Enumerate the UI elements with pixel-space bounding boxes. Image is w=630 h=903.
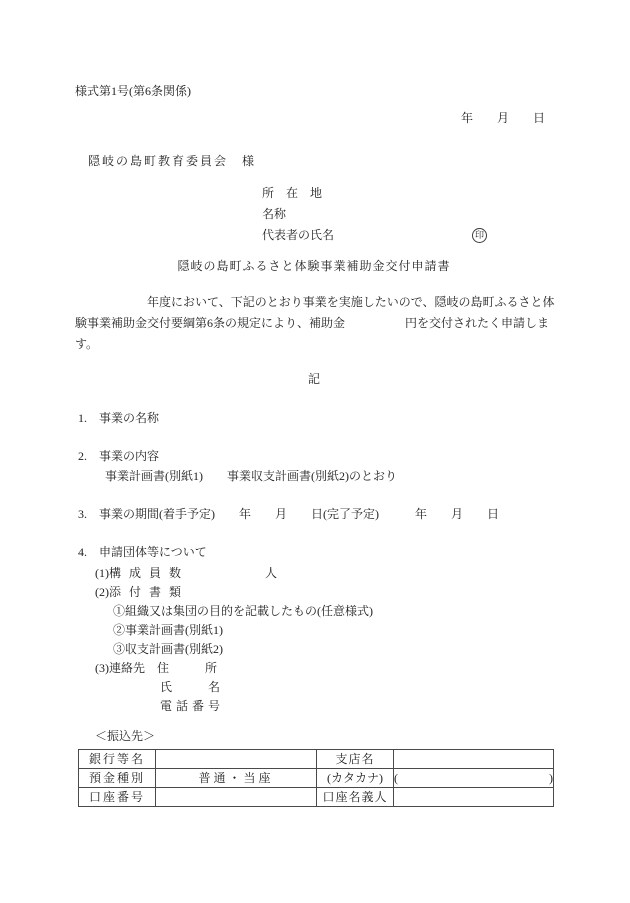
table-row-account-number: 口座番号 口座名義人 bbox=[79, 788, 554, 807]
applicant-representative-label: 代表者の氏名 bbox=[262, 225, 553, 246]
bank-name-value bbox=[156, 750, 317, 769]
account-number-value bbox=[156, 788, 317, 807]
form-number: 様式第1号(第6条関係) bbox=[75, 82, 553, 101]
contact-name-label: 氏名 bbox=[75, 678, 553, 697]
account-number-label: 口座番号 bbox=[79, 788, 156, 807]
bank-name-label: 銀行等名 bbox=[79, 750, 156, 769]
transfer-destination-table: 銀行等名 支店名 預金種別 普通・当座 (カタカナ) () 口座番号 口座名義人 bbox=[78, 749, 554, 807]
item-4-2-attached-docs: (2)添付書類 bbox=[75, 583, 553, 602]
body-line-2: 験事業補助金交付要綱第6条の規定により、補助金 円を交付されたく申請しま bbox=[75, 313, 553, 334]
katakana-value: () bbox=[394, 769, 554, 788]
attachment-3: ③収支計画書(別紙2) bbox=[75, 640, 553, 659]
item-4-sub-items: (1)構成員数 人 (2)添付書類 ①組織又は集団の目的を記載したもの(任意様式… bbox=[75, 564, 553, 716]
account-type-value: 普通・当座 bbox=[156, 769, 317, 788]
branch-name-value bbox=[394, 750, 554, 769]
applicant-name-label: 名称 bbox=[262, 204, 553, 225]
addressee-line: 隠岐の島町教育委員会 様 bbox=[75, 152, 553, 171]
seal-mark-icon: 印 bbox=[472, 228, 487, 243]
members-unit: 人 bbox=[181, 566, 277, 580]
body-line-1: 年度において、下記のとおり事業を実施したいので、隠岐の島町ふるさと体 bbox=[75, 292, 553, 313]
table-row-bank: 銀行等名 支店名 bbox=[79, 750, 554, 769]
branch-name-label: 支店名 bbox=[317, 750, 394, 769]
document-title: 隠岐の島町ふるさと体験事業補助金交付申請書 bbox=[75, 257, 553, 276]
attachment-2: ②事業計画書(別紙1) bbox=[75, 621, 553, 640]
body-paragraph: 年度において、下記のとおり事業を実施したいので、隠岐の島町ふるさと体 験事業補助… bbox=[75, 292, 553, 355]
section-marker-ki: 記 bbox=[75, 370, 553, 389]
item-1-business-name: 1. 事業の名称 bbox=[75, 409, 553, 428]
account-type-label: 預金種別 bbox=[79, 769, 156, 788]
table-row-account-type: 預金種別 普通・当座 (カタカナ) () bbox=[79, 769, 554, 788]
date-line: 年 月 日 bbox=[75, 109, 553, 128]
item-3-business-period: 3. 事業の期間(着手予定) 年 月 日(完了予定) 年 月 日 bbox=[75, 505, 553, 524]
item-4-3-contact-address: (3)連絡先 住所 bbox=[75, 659, 553, 678]
account-holder-label: 口座名義人 bbox=[317, 788, 394, 807]
transfer-destination-heading: ＜振込先＞ bbox=[75, 727, 553, 746]
item-2-attachments-note: 事業計画書(別紙1) 事業収支計画書(別紙2)のとおり bbox=[75, 467, 553, 486]
item-4-applicant-group: 4. 申請団体等について bbox=[75, 543, 553, 562]
item-2-business-content: 2. 事業の内容 bbox=[75, 447, 553, 466]
applicant-block: 所在地 名称 代表者の氏名 印 bbox=[262, 183, 553, 246]
attachment-1: ①組織又は集団の目的を記載したもの(任意様式) bbox=[75, 602, 553, 621]
contact-phone-label: 電話番号 bbox=[75, 697, 553, 716]
applicant-address-label: 所在地 bbox=[262, 183, 553, 204]
katakana-label: (カタカナ) bbox=[317, 769, 394, 788]
body-line-3: す。 bbox=[75, 334, 553, 355]
form-content: 様式第1号(第6条関係) 年 月 日 隠岐の島町教育委員会 様 所在地 名称 代… bbox=[0, 0, 630, 807]
application-form-page: 様式第1号(第6条関係) 年 月 日 隠岐の島町教育委員会 様 所在地 名称 代… bbox=[0, 0, 630, 903]
item-4-1-members: (1)構成員数 人 bbox=[75, 564, 553, 583]
account-holder-value bbox=[394, 788, 554, 807]
